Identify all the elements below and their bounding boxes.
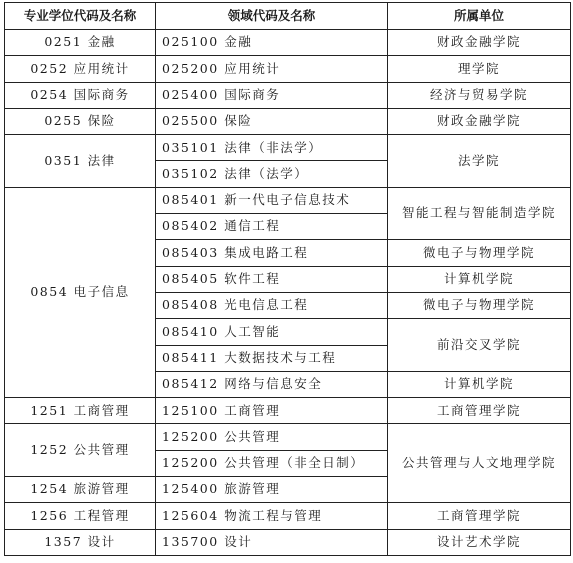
degree-cell: 0254 国际商务 [5, 82, 156, 108]
field-cell: 125604 物流工程与管理 [156, 503, 388, 529]
degree-cell: 1251 工商管理 [5, 398, 156, 424]
table-row: 0254 国际商务 025400 国际商务 经济与贸易学院 [5, 82, 571, 108]
field-cell: 085410 人工智能 [156, 319, 388, 345]
table-row: 1256 工程管理 125604 物流工程与管理 工商管理学院 [5, 503, 571, 529]
unit-cell: 理学院 [388, 56, 571, 82]
unit-cell: 财政金融学院 [388, 30, 571, 56]
field-cell: 125400 旅游管理 [156, 477, 388, 503]
header-field: 领域代码及名称 [156, 3, 388, 30]
header-unit: 所属单位 [388, 3, 571, 30]
field-cell: 125100 工商管理 [156, 398, 388, 424]
unit-cell: 智能工程与智能制造学院 [388, 187, 571, 240]
table-row: 0251 金融 025100 金融 财政金融学院 [5, 30, 571, 56]
table-row: 0854 电子信息 085401 新一代电子信息技术 智能工程与智能制造学院 [5, 187, 571, 213]
field-cell: 085403 集成电路工程 [156, 240, 388, 266]
degree-program-table: 专业学位代码及名称 领域代码及名称 所属单位 0251 金融 025100 金融… [4, 2, 571, 556]
table-row: 1252 公共管理 125200 公共管理 公共管理与人文地理学院 [5, 424, 571, 450]
table-row: 1251 工商管理 125100 工商管理 工商管理学院 [5, 398, 571, 424]
table-row: 1357 设计 135700 设计 设计艺术学院 [5, 529, 571, 555]
unit-cell: 经济与贸易学院 [388, 82, 571, 108]
unit-cell: 微电子与物理学院 [388, 292, 571, 318]
field-cell: 125200 公共管理 [156, 424, 388, 450]
field-cell: 035101 法律（非法学） [156, 135, 388, 161]
table-row: 0351 法律 035101 法律（非法学） 法学院 [5, 135, 571, 161]
degree-cell: 0351 法律 [5, 135, 156, 188]
field-cell: 025400 国际商务 [156, 82, 388, 108]
field-cell: 025500 保险 [156, 108, 388, 134]
field-cell: 035102 法律（法学） [156, 161, 388, 187]
field-cell: 135700 设计 [156, 529, 388, 555]
header-degree: 专业学位代码及名称 [5, 3, 156, 30]
degree-cell: 1256 工程管理 [5, 503, 156, 529]
degree-cell: 0854 电子信息 [5, 187, 156, 397]
unit-cell: 计算机学院 [388, 371, 571, 397]
unit-cell: 法学院 [388, 135, 571, 188]
table-row: 0255 保险 025500 保险 财政金融学院 [5, 108, 571, 134]
field-cell: 085412 网络与信息安全 [156, 371, 388, 397]
header-row: 专业学位代码及名称 领域代码及名称 所属单位 [5, 3, 571, 30]
degree-cell: 0251 金融 [5, 30, 156, 56]
unit-cell: 计算机学院 [388, 266, 571, 292]
degree-cell: 1252 公共管理 [5, 424, 156, 477]
field-cell: 025100 金融 [156, 30, 388, 56]
field-cell: 125200 公共管理（非全日制） [156, 450, 388, 476]
unit-cell: 工商管理学院 [388, 398, 571, 424]
field-cell: 025200 应用统计 [156, 56, 388, 82]
field-cell: 085411 大数据技术与工程 [156, 345, 388, 371]
unit-cell: 工商管理学院 [388, 503, 571, 529]
degree-cell: 0255 保险 [5, 108, 156, 134]
unit-cell: 前沿交叉学院 [388, 319, 571, 372]
field-cell: 085408 光电信息工程 [156, 292, 388, 318]
table-row: 0252 应用统计 025200 应用统计 理学院 [5, 56, 571, 82]
unit-cell: 微电子与物理学院 [388, 240, 571, 266]
field-cell: 085401 新一代电子信息技术 [156, 187, 388, 213]
field-cell: 085405 软件工程 [156, 266, 388, 292]
degree-cell: 1254 旅游管理 [5, 477, 156, 503]
field-cell: 085402 通信工程 [156, 214, 388, 240]
unit-cell: 财政金融学院 [388, 108, 571, 134]
degree-cell: 0252 应用统计 [5, 56, 156, 82]
unit-cell: 公共管理与人文地理学院 [388, 424, 571, 503]
degree-cell: 1357 设计 [5, 529, 156, 555]
unit-cell: 设计艺术学院 [388, 529, 571, 555]
